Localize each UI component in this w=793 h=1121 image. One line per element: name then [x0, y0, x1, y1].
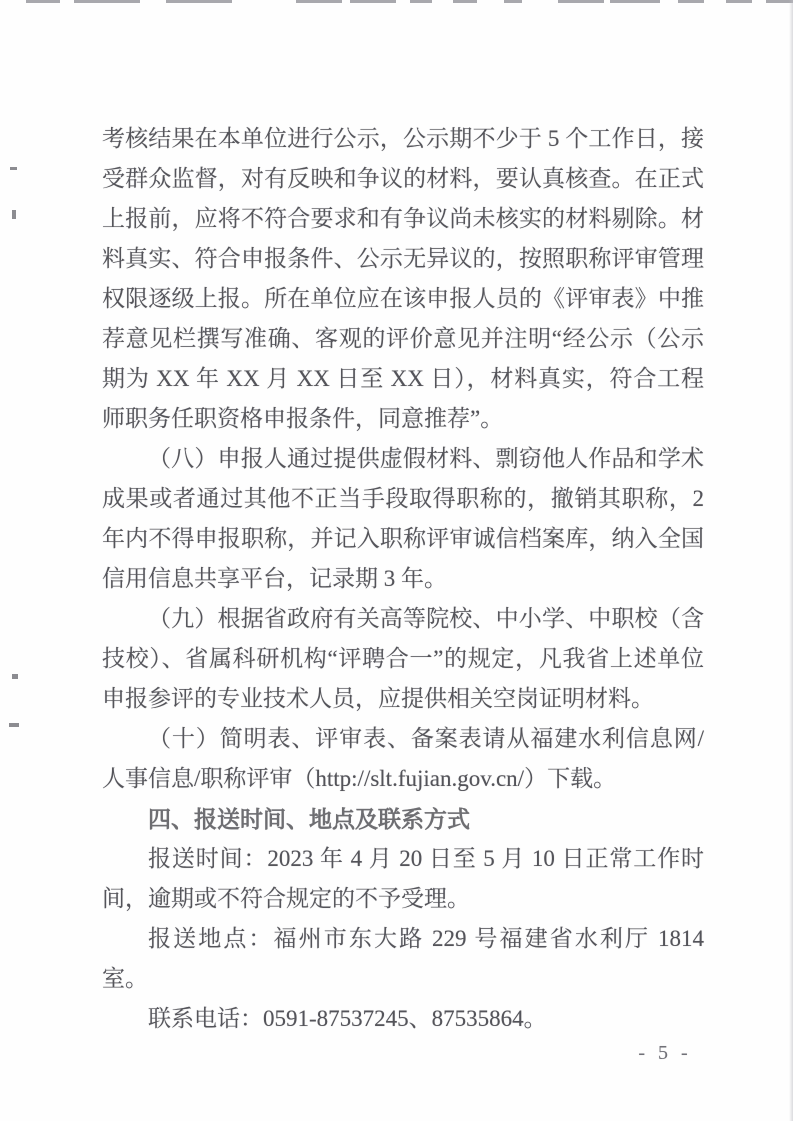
scan-edge-shadow	[789, 0, 793, 1121]
paragraph-contact-phone: 联系电话：0591-87537245、87535864。	[102, 999, 704, 1039]
scan-artifact-speck	[9, 723, 19, 727]
paragraph-item-8: （八）申报人通过提供虚假材料、剽窃他人作品和学术成果或者通过其他不正当手段取得职…	[102, 439, 704, 599]
scan-artifact-dash	[453, 0, 477, 3]
scan-artifact-dash	[350, 0, 396, 3]
scan-artifact-dash	[726, 0, 752, 3]
scan-artifact-speck	[12, 674, 18, 679]
scan-artifact-dash	[296, 0, 342, 3]
scan-artifact-dash	[678, 0, 704, 3]
scan-artifact-dash	[504, 0, 522, 3]
scanned-document-page: 考核结果在本单位进行公示，公示期不少于 5 个工作日，接受群众监督，对有反映和争…	[0, 0, 793, 1121]
scan-artifact-dash	[166, 0, 232, 3]
scan-artifact-dash	[26, 0, 60, 3]
paragraph-continuation: 考核结果在本单位进行公示，公示期不少于 5 个工作日，接受群众监督，对有反映和争…	[102, 119, 704, 439]
paragraph-submission-place: 报送地点：福州市东大路 229 号福建省水利厅 1814 室。	[102, 919, 704, 999]
scan-artifact-speck	[10, 167, 17, 170]
page-number: - 5 -	[630, 1042, 700, 1065]
scan-artifact-speck	[12, 210, 16, 219]
scan-artifact-dash	[610, 0, 660, 3]
section-heading-4: 四、报送时间、地点及联系方式	[102, 799, 704, 839]
document-body: 考核结果在本单位进行公示，公示期不少于 5 个工作日，接受群众监督，对有反映和争…	[102, 119, 704, 1039]
paragraph-submission-time: 报送时间：2023 年 4 月 20 日至 5 月 10 日正常工作时间，逾期或…	[102, 839, 704, 919]
scan-artifact-dash	[558, 0, 604, 3]
scan-artifact-dash	[410, 0, 432, 3]
scan-artifact-dash	[74, 0, 140, 3]
paragraph-item-10: （十）简明表、评审表、备案表请从福建水利信息网/人事信息/职称评审（http:/…	[102, 719, 704, 799]
paragraph-item-9: （九）根据省政府有关高等院校、中小学、中职校（含技校）、省属科研机构“评聘合一”…	[102, 599, 704, 719]
